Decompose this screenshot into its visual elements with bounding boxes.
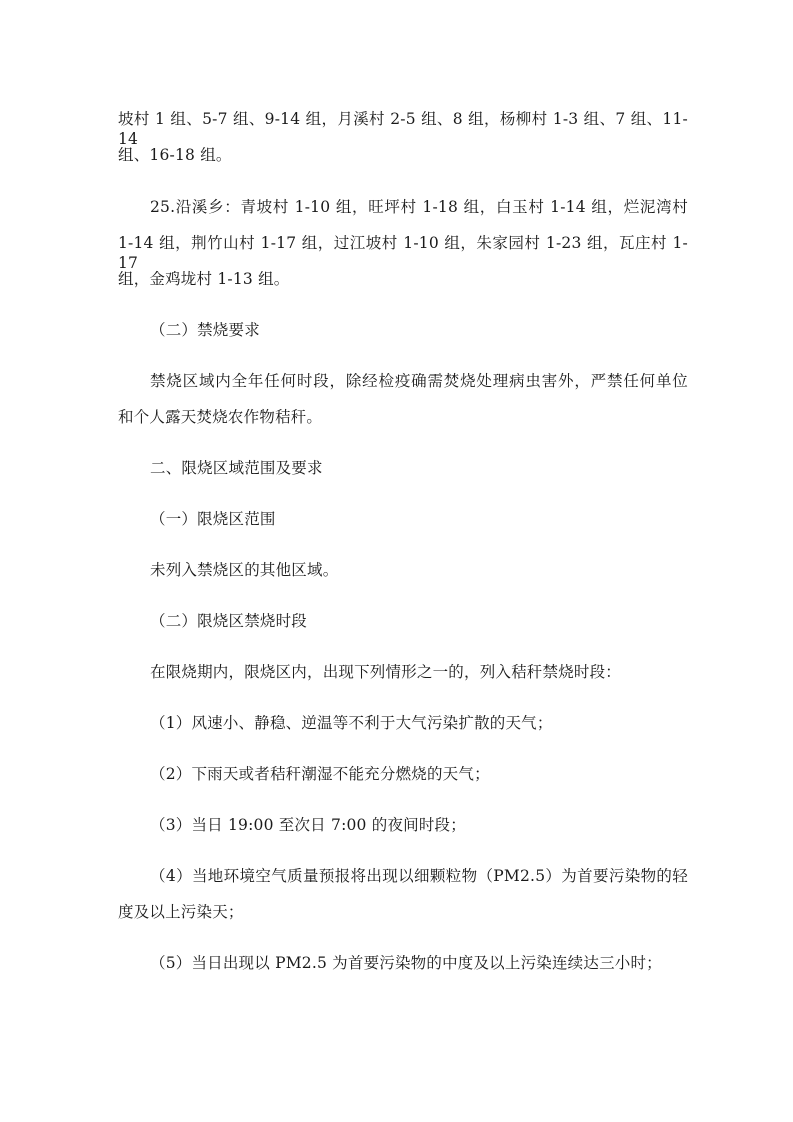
document-page: 坡村 1 组、5-7 组、9-14 组，月溪村 2-5 组、8 组，杨柳村 1-…	[0, 0, 793, 1122]
subheading-restricted-periods: （二）限烧区禁烧时段	[150, 611, 688, 631]
list-item-1: （1）风速小、静稳、逆温等不利于大气污染扩散的天气；	[150, 713, 688, 733]
paragraph-restricted-scope: 未列入禁烧区的其他区域。	[150, 560, 688, 580]
subheading-restricted-scope: （一）限烧区范围	[150, 509, 688, 529]
text-line-villages-continued: 坡村 1 组、5-7 组、9-14 组，月溪村 2-5 组、8 组，杨柳村 1-…	[118, 109, 688, 149]
text-item-25-yanxi-township: 25.沿溪乡：青坡村 1-10 组，旺坪村 1-18 组，白玉村 1-14 组，…	[150, 197, 688, 217]
paragraph-ban-requirements-line-2: 和个人露天焚烧农作物秸秆。	[118, 407, 688, 427]
text-item-25-line-2: 1-14 组，荆竹山村 1-17 组，过江坡村 1-10 组，朱家园村 1-23…	[118, 233, 688, 273]
paragraph-ban-requirements: 禁烧区域内全年任何时段，除经检疫确需焚烧处理病虫害外，严禁任何单位	[150, 371, 688, 391]
list-item-2: （2）下雨天或者秸秆潮湿不能充分燃烧的天气；	[150, 764, 688, 784]
list-item-5: （5）当日出现以 PM2.5 为首要污染物的中度及以上污染连续达三小时；	[150, 953, 688, 973]
text-line-villages-end: 组、16-18 组。	[118, 145, 688, 165]
list-item-3: （3）当日 19:00 至次日 7:00 的夜间时段；	[150, 815, 688, 835]
subheading-ban-requirements: （二）禁烧要求	[150, 320, 688, 340]
text-item-25-line-3: 组，金鸡垅村 1-13 组。	[118, 269, 688, 289]
heading-restricted-area: 二、限烧区域范围及要求	[150, 458, 688, 478]
paragraph-restricted-periods-intro: 在限烧期内，限烧区内，出现下列情形之一的，列入秸秆禁烧时段：	[150, 662, 688, 682]
list-item-4: （4）当地环境空气质量预报将出现以细颗粒物（PM2.5）为首要污染物的轻	[150, 866, 688, 886]
list-item-4-line-2: 度及以上污染天；	[118, 902, 688, 922]
